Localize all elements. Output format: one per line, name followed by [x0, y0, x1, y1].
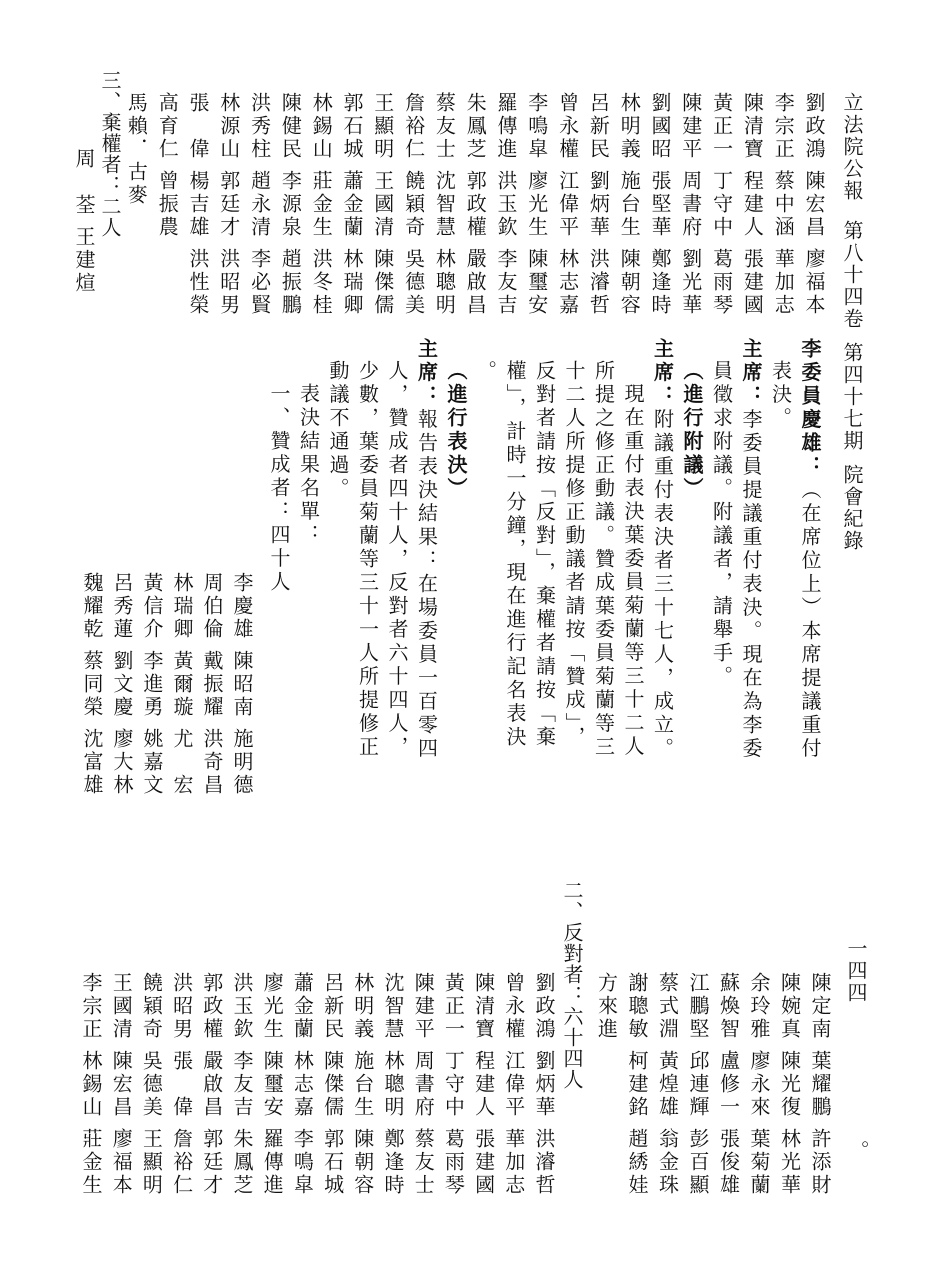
member-name: 羅傳進: [258, 1128, 282, 1206]
prev-list-column: 黃正一丁守中葛雨琴: [708, 92, 732, 326]
member-name: 王建煊: [70, 226, 94, 304]
member-name: 楊吉雄: [184, 170, 208, 248]
page-number: 一四四: [846, 938, 866, 1004]
proceedings-line: （進行表決）: [446, 360, 466, 501]
member-name: [593, 1050, 617, 1128]
member-name: 劉文慶: [108, 650, 132, 728]
member-name: 洪玉欽: [492, 170, 516, 248]
member-name: 高育仁: [153, 92, 177, 170]
member-name: 盧修一: [715, 1050, 739, 1128]
member-name: 廖永來: [745, 1050, 769, 1128]
against-right-column: 謝聰敏柯建銘趙綉娃: [623, 972, 647, 1206]
member-name: 洪性榮: [184, 248, 208, 326]
against-left-column: 曾永權江偉平華加志: [500, 972, 524, 1206]
prev-list-column: 王顯明王國清陳傑儒: [369, 92, 393, 326]
member-name: 饒穎奇: [400, 170, 424, 248]
proceedings-line: 動議不通過。: [328, 360, 348, 501]
proceedings-line: 權」，計時一分鐘，現在進行記名表決: [505, 360, 525, 750]
member-name: 趙振鵬: [276, 248, 300, 326]
member-name: 詹裕仁: [168, 1128, 192, 1206]
member-name: 莊金生: [77, 1128, 101, 1206]
member-name: 戴振耀: [198, 650, 222, 728]
member-name: 莊金生: [307, 170, 331, 248]
against-heading: 二、反對者：六十四人: [562, 880, 582, 1090]
against-right-column: 陳定南葉耀鵬許添財: [806, 972, 830, 1206]
member-name: 陳清寶: [738, 92, 762, 170]
member-name: 李友吉: [492, 248, 516, 326]
member-name: 郭石城: [338, 92, 362, 170]
running-header: 立法院公報第八十四卷第四十七期院會紀錄: [842, 92, 862, 552]
member-name: 張建國: [470, 1128, 494, 1206]
prev-list-column: 李鳴皐廖光生陳璽安: [523, 92, 547, 326]
member-name: 張建國: [738, 248, 762, 326]
against-right-column: 江鵬堅邱連輝彭百顯: [684, 972, 708, 1206]
member-name: 廖光生: [523, 170, 547, 248]
member-name: 林聰明: [379, 1050, 403, 1128]
member-name: 華加志: [769, 248, 793, 326]
favor-column: 黃信介李進勇姚嘉文: [138, 572, 162, 806]
member-name: 江偉平: [500, 1050, 524, 1128]
member-name: 趙永清: [246, 170, 270, 248]
member-name: 洪秀柱: [246, 92, 270, 170]
member-name: 李慶雄: [228, 572, 252, 650]
member-name: 蔡式淵: [654, 972, 678, 1050]
proceedings-line: 所提之修正動議。贊成葉委員菊蘭等三: [594, 360, 614, 760]
member-name: 林明義: [349, 972, 373, 1050]
member-name: 李鳴皐: [523, 92, 547, 170]
proceedings-line: （進行附議）: [682, 360, 702, 501]
against-left-column: 陳清寶程建人張建國: [470, 972, 494, 1206]
member-name: 張 偉: [184, 92, 208, 170]
favor-column: 李慶雄陳昭南施明德: [228, 572, 252, 806]
member-name: 葛雨琴: [439, 1128, 463, 1206]
gazette-page: 立法院公報第八十四卷第四十七期院會紀錄 一四四 。 劉政鴻陳宏昌廖福本李宗正蔡中…: [0, 0, 939, 1280]
member-name: 沈智慧: [379, 972, 403, 1050]
proceedings-line: 員徵求附議。附議者，請舉手。: [712, 360, 732, 689]
against-left-column: 劉政鴻劉炳華洪濬哲: [530, 972, 554, 1206]
prev-list-column: 劉國昭張堅華鄭逢時: [646, 92, 670, 326]
member-name: 周 荃: [70, 148, 94, 226]
member-name: 李進勇: [138, 650, 162, 728]
member-name: 洪冬桂: [307, 248, 331, 326]
member-name: 鄭逢時: [646, 248, 670, 326]
member-name: 王顯明: [369, 92, 393, 170]
member-name: 鄭逢時: [379, 1128, 403, 1206]
abstain-heading: 三、棄權者：二人: [100, 70, 120, 238]
member-name: 林光華: [776, 1128, 800, 1206]
member-name: 葛雨琴: [708, 248, 732, 326]
member-name: 蔡友士: [409, 1128, 433, 1206]
member-name: 施明德: [228, 728, 252, 806]
section-title: 院會紀錄: [840, 464, 864, 552]
against-right-column: 余玲雅廖永來葉菊蘭: [745, 972, 769, 1206]
member-name: 江偉平: [554, 170, 578, 248]
prev-list-column: 呂新民劉炳華洪濬哲: [584, 92, 608, 326]
member-name: 李源泉: [276, 170, 300, 248]
member-name: 陳璽安: [258, 1050, 282, 1128]
member-name: 沈富雄: [78, 728, 102, 806]
member-name: 曾永權: [554, 92, 578, 170]
member-name: 張俊雄: [715, 1128, 739, 1206]
member-name: 邱連輝: [684, 1050, 708, 1128]
member-name: 李友吉: [228, 1050, 252, 1128]
member-name: 蔡同榮: [78, 650, 102, 728]
member-name: 廖福本: [800, 248, 824, 326]
prev-list-column: 馬賴．古麥: [122, 92, 146, 326]
prev-list-column: 林源山郭廷才洪昭男: [215, 92, 239, 326]
member-name: 江鵬堅: [684, 972, 708, 1050]
proceedings-line: 少數，葉委員菊蘭等三十一人所提修正: [358, 360, 378, 760]
member-name: 羅傳進: [492, 92, 516, 170]
member-name: 林瑞卿: [168, 572, 192, 650]
prev-list-column: 林明義施台生陳朝容: [615, 92, 639, 326]
prev-list-column: 陳健民李源泉趙振鵬: [276, 92, 300, 326]
member-name: 柯建銘: [623, 1050, 647, 1128]
member-name: 詹裕仁: [400, 92, 424, 170]
member-name: 周伯倫: [198, 572, 222, 650]
prev-list-column: 劉政鴻陳宏昌廖福本: [800, 92, 824, 326]
member-name: 陳宏昌: [107, 1050, 131, 1128]
prev-list-column: 張 偉楊吉雄洪性榮: [184, 92, 208, 326]
member-name: 丁守中: [708, 170, 732, 248]
member-name: 方來進: [593, 972, 617, 1050]
against-left-column: 陳建平周書府蔡友士: [409, 972, 433, 1206]
against-left-column: 洪玉欽李友吉朱鳳芝: [228, 972, 252, 1206]
against-left-column: 呂新民陳傑儒郭石城: [319, 972, 343, 1206]
prev-list-column: 李宗正蔡中涵華加志: [769, 92, 793, 326]
member-name: 丁守中: [439, 1050, 463, 1128]
member-name: 王國清: [107, 972, 131, 1050]
member-name: 周書府: [677, 170, 701, 248]
against-left-column: 沈智慧林聰明鄭逢時: [379, 972, 403, 1206]
proceedings-line: 現在重付表決葉委員菊蘭等三十二人: [623, 383, 643, 759]
member-name: 呂秀蓮: [108, 572, 132, 650]
member-name: 林錫山: [307, 92, 331, 170]
member-name: 李必賢: [246, 248, 270, 326]
abstain-column: 周 荃王建煊: [70, 148, 94, 304]
against-right-column: 陳婉真陳光復林光華: [776, 972, 800, 1206]
against-right-column: 蔡式淵黃煌雄翁金珠: [654, 972, 678, 1206]
member-name: 陳定南: [806, 972, 830, 1050]
member-name: 郭石城: [319, 1128, 343, 1206]
member-name: 葉耀鵬: [806, 1050, 830, 1128]
member-name: 趙綉娃: [623, 1128, 647, 1206]
member-name: 翁金珠: [654, 1128, 678, 1206]
proceedings-line: 李委員慶雄：（在席位上）本席提議重付: [800, 338, 820, 761]
member-name: 謝聰敏: [623, 972, 647, 1050]
member-name: 陳健民: [276, 92, 300, 170]
member-name: 沈智慧: [430, 170, 454, 248]
member-name: 洪濬哲: [584, 248, 608, 326]
member-name: 尤 宏: [168, 728, 192, 806]
member-name: 劉國昭: [646, 92, 670, 170]
member-name: 許添財: [806, 1128, 830, 1206]
member-name: [153, 248, 177, 326]
member-name: 蕭金蘭: [288, 972, 312, 1050]
proceedings-line: 主席：附議重付表決者三十七人，成立。: [653, 338, 673, 761]
against-left-column: 廖光生陳璽安羅傳進: [258, 972, 282, 1206]
member-name: 張堅華: [646, 170, 670, 248]
volume: 第八十四卷: [840, 220, 864, 330]
member-name: 曾永權: [500, 972, 524, 1050]
member-name: 姚嘉文: [138, 728, 162, 806]
against-left-column: 林明義施台生陳朝容: [349, 972, 373, 1206]
member-name: 黃正一: [439, 972, 463, 1050]
prev-list-column: 洪秀柱趙永清李必賢: [246, 92, 270, 326]
proceedings-line: 表決。: [771, 360, 791, 431]
member-name: 彭百顯: [684, 1128, 708, 1206]
member-name: 李宗正: [77, 972, 101, 1050]
against-right-column: 方來進: [593, 972, 617, 1206]
against-right-column: 蘇煥智盧修一張俊雄: [715, 972, 739, 1206]
member-name: 黃正一: [708, 92, 732, 170]
trailing-mark: 。: [848, 1140, 868, 1164]
member-name: 吳德美: [137, 1050, 161, 1128]
member-name: 程建人: [738, 170, 762, 248]
member-name: 施台生: [349, 1050, 373, 1128]
member-name: 蘇煥智: [715, 972, 739, 1050]
member-name: 程建人: [470, 1050, 494, 1128]
member-name: [122, 248, 146, 326]
member-name: 陳清寶: [470, 972, 494, 1050]
member-name: 朱鳳芝: [228, 1128, 252, 1206]
against-left-column: 饒穎奇吳德美王顯明: [137, 972, 161, 1206]
member-name: 蔡中涵: [769, 170, 793, 248]
member-name: 劉光華: [677, 248, 701, 326]
member-name: 陳傑儒: [369, 248, 393, 326]
member-name: 陳光復: [776, 1050, 800, 1128]
against-left-column: 洪昭男張 偉詹裕仁: [168, 972, 192, 1206]
member-name: 呂新民: [319, 972, 343, 1050]
member-name: 王顯明: [137, 1128, 161, 1206]
member-name: 劉炳華: [584, 170, 608, 248]
proceedings-line: 主席：李委員提議重付表決。現在為李委: [741, 338, 761, 761]
prev-list-column: 陳清寶程建人張建國: [738, 92, 762, 326]
prev-list-column: 陳建平周書府劉光華: [677, 92, 701, 326]
member-name: 嚴啟昌: [461, 248, 485, 326]
against-left-column: 李宗正林錫山莊金生: [77, 972, 101, 1206]
member-name: 黃信介: [138, 572, 162, 650]
proceedings-line: 。: [476, 360, 496, 384]
member-name: 陳朝容: [615, 248, 639, 326]
member-name: 蕭金蘭: [338, 170, 362, 248]
member-name: 洪濬哲: [530, 1128, 554, 1206]
member-name: 嚴啟昌: [198, 1050, 222, 1128]
against-left-column: 蕭金蘭林志嘉李鳴皐: [288, 972, 312, 1206]
member-name: 廖大林: [108, 728, 132, 806]
member-name: 李宗正: [769, 92, 793, 170]
member-name: 朱鳳芝: [461, 92, 485, 170]
member-name: 蔡友士: [430, 92, 454, 170]
favor-column: 周伯倫戴振耀洪奇昌: [198, 572, 222, 806]
member-name: 周書府: [409, 1050, 433, 1128]
member-name: 林志嘉: [288, 1050, 312, 1128]
against-left-column: 黃正一丁守中葛雨琴: [439, 972, 463, 1206]
prev-list-column: 詹裕仁饒穎奇吳德美: [400, 92, 424, 326]
member-name: 郭政權: [198, 972, 222, 1050]
member-name: 林志嘉: [554, 248, 578, 326]
member-name: 林錫山: [77, 1050, 101, 1128]
member-name: [122, 170, 146, 248]
publication-title: 立法院公報: [840, 92, 864, 202]
proceedings-line: 十二人所提修正動議者請按「贊成」，: [564, 360, 584, 750]
prev-list-column: 羅傳進洪玉欽李友吉: [492, 92, 516, 326]
member-name: 陳婉真: [776, 972, 800, 1050]
member-name: 華加志: [500, 1128, 524, 1206]
prev-list-column: 曾永權江偉平林志嘉: [554, 92, 578, 326]
prev-list-column: 朱鳳芝郭政權嚴啟昌: [461, 92, 485, 326]
prev-list-column: 林錫山莊金生洪冬桂: [307, 92, 331, 326]
prev-list-column: 蔡友士沈智慧林聰明: [430, 92, 454, 326]
member-name: 陳朝容: [349, 1128, 373, 1206]
proceedings-line: 一、贊成者：四十人: [269, 383, 289, 595]
member-name: 黃爾璇: [168, 650, 192, 728]
member-name: 林明義: [615, 92, 639, 170]
member-name: 黃煌雄: [654, 1050, 678, 1128]
against-left-column: 郭政權嚴啟昌郭廷才: [198, 972, 222, 1206]
against-left-column: 王國清陳宏昌廖福本: [107, 972, 131, 1206]
proceedings-line: 反對者請按「反對」，棄權者請按「棄: [535, 360, 555, 750]
member-name: 劉政鴻: [800, 92, 824, 170]
member-name: 呂新民: [584, 92, 608, 170]
member-name: 張 偉: [168, 1050, 192, 1128]
member-name: 郭政權: [461, 170, 485, 248]
member-name: 洪昭男: [215, 248, 239, 326]
member-name: 陳建平: [409, 972, 433, 1050]
member-name: 郭廷才: [215, 170, 239, 248]
member-name: 廖福本: [107, 1128, 131, 1206]
proceedings-line: 表決結果名單：: [299, 383, 319, 548]
proceedings-line: 主席：報告表決結果：在場委員一百零四: [417, 338, 437, 761]
member-name: 洪奇昌: [198, 728, 222, 806]
prev-list-column: 郭石城蕭金蘭林瑞卿: [338, 92, 362, 326]
member-name: 陳璽安: [523, 248, 547, 326]
favor-column: 魏耀乾蔡同榮沈富雄: [78, 572, 102, 806]
member-name: [593, 1128, 617, 1206]
favor-column: 呂秀蓮劉文慶廖大林: [108, 572, 132, 806]
member-name: 馬賴．古麥: [122, 92, 146, 170]
member-name: 李鳴皐: [288, 1128, 312, 1206]
prev-list-column: 高育仁曾振農: [153, 92, 177, 326]
member-name: 劉政鴻: [530, 972, 554, 1050]
member-name: 王國清: [369, 170, 393, 248]
member-name: 吳德美: [400, 248, 424, 326]
member-name: 曾振農: [153, 170, 177, 248]
member-name: 陳昭南: [228, 650, 252, 728]
member-name: 陳建平: [677, 92, 701, 170]
favor-column: 林瑞卿黃爾璇尤 宏: [168, 572, 192, 806]
member-name: 洪玉欽: [228, 972, 252, 1050]
member-name: 郭廷才: [198, 1128, 222, 1206]
member-name: 魏耀乾: [78, 572, 102, 650]
member-name: 廖光生: [258, 972, 282, 1050]
member-name: 林瑞卿: [338, 248, 362, 326]
proceedings-line: 人，贊成者四十人，反對者六十四人，: [387, 360, 407, 760]
member-name: 施台生: [615, 170, 639, 248]
member-name: 林聰明: [430, 248, 454, 326]
member-name: 洪昭男: [168, 972, 192, 1050]
member-name: 饒穎奇: [137, 972, 161, 1050]
member-name: 劉炳華: [530, 1050, 554, 1128]
member-name: 陳宏昌: [800, 170, 824, 248]
member-name: 陳傑儒: [319, 1050, 343, 1128]
issue: 第四十七期: [840, 342, 864, 452]
member-name: 葉菊蘭: [745, 1128, 769, 1206]
member-name: 林源山: [215, 92, 239, 170]
member-name: 余玲雅: [745, 972, 769, 1050]
